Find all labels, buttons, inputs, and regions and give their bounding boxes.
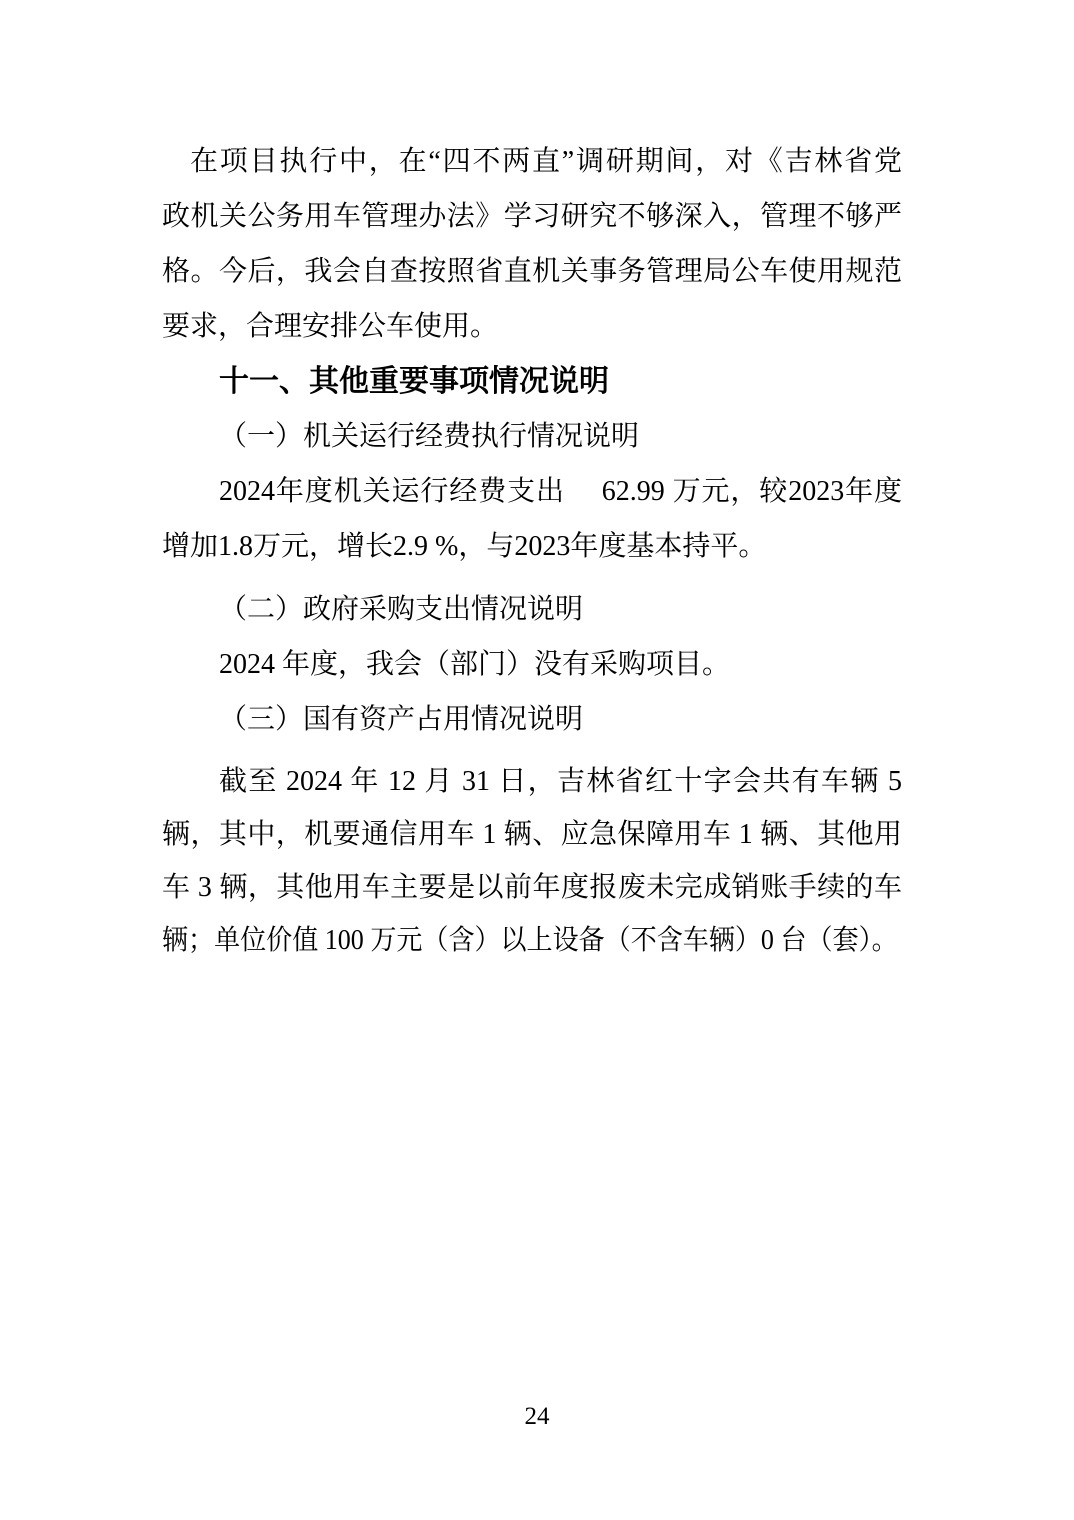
document-page: 在项目执行中，在“四不两直”调研期间，对《吉林省党 政机关公务用车管理办法》学习… [0,0,1074,1520]
para-operating-expenses: 2024年度机关运行经费支出 62.99 万元，较2023年度 增加1.8万元，… [162,464,902,574]
text-line: 辆，其中，机要通信用车 1 辆、应急保障用车 1 辆、其他用 [162,808,902,861]
para-procurement: 2024 年度，我会（部门）没有采购项目。 [162,637,902,692]
subheading-state-assets: （三）国有资产占用情况说明 [162,692,902,747]
text-line: 2024年度机关运行经费支出 62.99 万元，较2023年度 [162,464,902,519]
text-line: 辆；单位价值 100 万元（含）以上设备（不含车辆）0 台（套）。 [162,914,902,967]
text-line: 截至 2024 年 12 月 31 日，吉林省红十字会共有车辆 5 [162,755,902,808]
subheading-operating-expenses: （一）机关运行经费执行情况说明 [162,409,902,464]
para-state-assets: 截至 2024 年 12 月 31 日，吉林省红十字会共有车辆 5 辆，其中，机… [162,755,902,967]
text-line: 在项目执行中，在“四不两直”调研期间，对《吉林省党 [162,134,902,189]
page-footer: 24 [0,1402,1074,1432]
text-line: 车 3 辆，其他用车主要是以前年度报废未完成销账手续的车 [162,861,902,914]
text-line: 增加1.8万元，增长2.9 %，与2023年度基本持平。 [162,519,902,574]
page-content: 在项目执行中，在“四不两直”调研期间，对《吉林省党 政机关公务用车管理办法》学习… [162,134,902,967]
section-heading-other-important-items: 十一、其他重要事项情况说明 [162,354,902,409]
text-line: 2024 年度，我会（部门）没有采购项目。 [162,637,902,692]
text-line: 要求，合理安排公车使用。 [162,299,902,354]
page-number: 24 [525,1403,550,1430]
text-line-compressed: 辆；单位价值 100 万元（含）以上设备（不含车辆）0 台（套）。 [162,914,898,967]
text-line: 格。今后，我会自查按照省直机关事务管理局公车使用规范 [162,244,902,299]
text-line: 政机关公务用车管理办法》学习研究不够深入，管理不够严 [162,189,902,244]
subheading-government-procurement: （二）政府采购支出情况说明 [162,582,902,637]
para-vehicle-self-check: 在项目执行中，在“四不两直”调研期间，对《吉林省党 政机关公务用车管理办法》学习… [162,134,902,354]
